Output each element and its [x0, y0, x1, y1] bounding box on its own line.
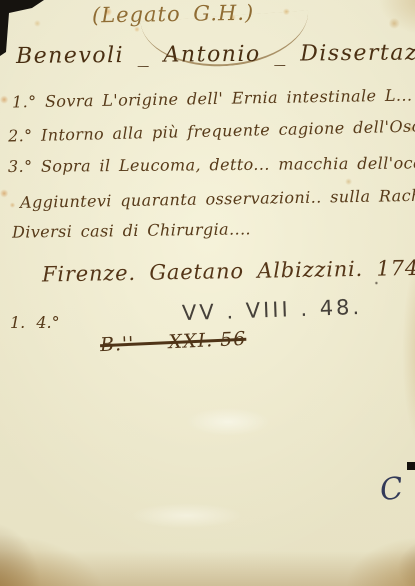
entry-line-4: Aggiuntevi quaranta osservazioni.. sulla… [20, 185, 415, 212]
entry-line-3: 3.° Sopra il Leucoma, detto... macchia d… [8, 153, 415, 176]
entry-line-5: Diversi casi di Chirurgia.... [12, 219, 251, 241]
corner-letter-c: C [378, 471, 405, 509]
legato-header-note: (Legato G.H.) [92, 1, 255, 28]
format-note: 1. 4.° [10, 313, 60, 332]
manuscript-page: (Legato G.H.) Benevoli _ Antonio _ Disse… [0, 0, 415, 586]
shelfmark-current: VV . VIII . 48. [182, 295, 363, 325]
shelfmark-cancelled: B.'' — XXI. 56 [100, 328, 247, 356]
entry-line-2: 2.° Intorno alla più frequente cagione d… [8, 115, 415, 145]
edge-black-mark [407, 462, 415, 470]
imprint-line: Firenze. Gaetano Albizzini. 1747. [42, 256, 415, 287]
author-title-line: Benevoli _ Antonio _ Dissertazioni [16, 40, 415, 69]
entry-line-1: 1.° Sovra L'origine dell' Ernia intestin… [12, 86, 413, 112]
